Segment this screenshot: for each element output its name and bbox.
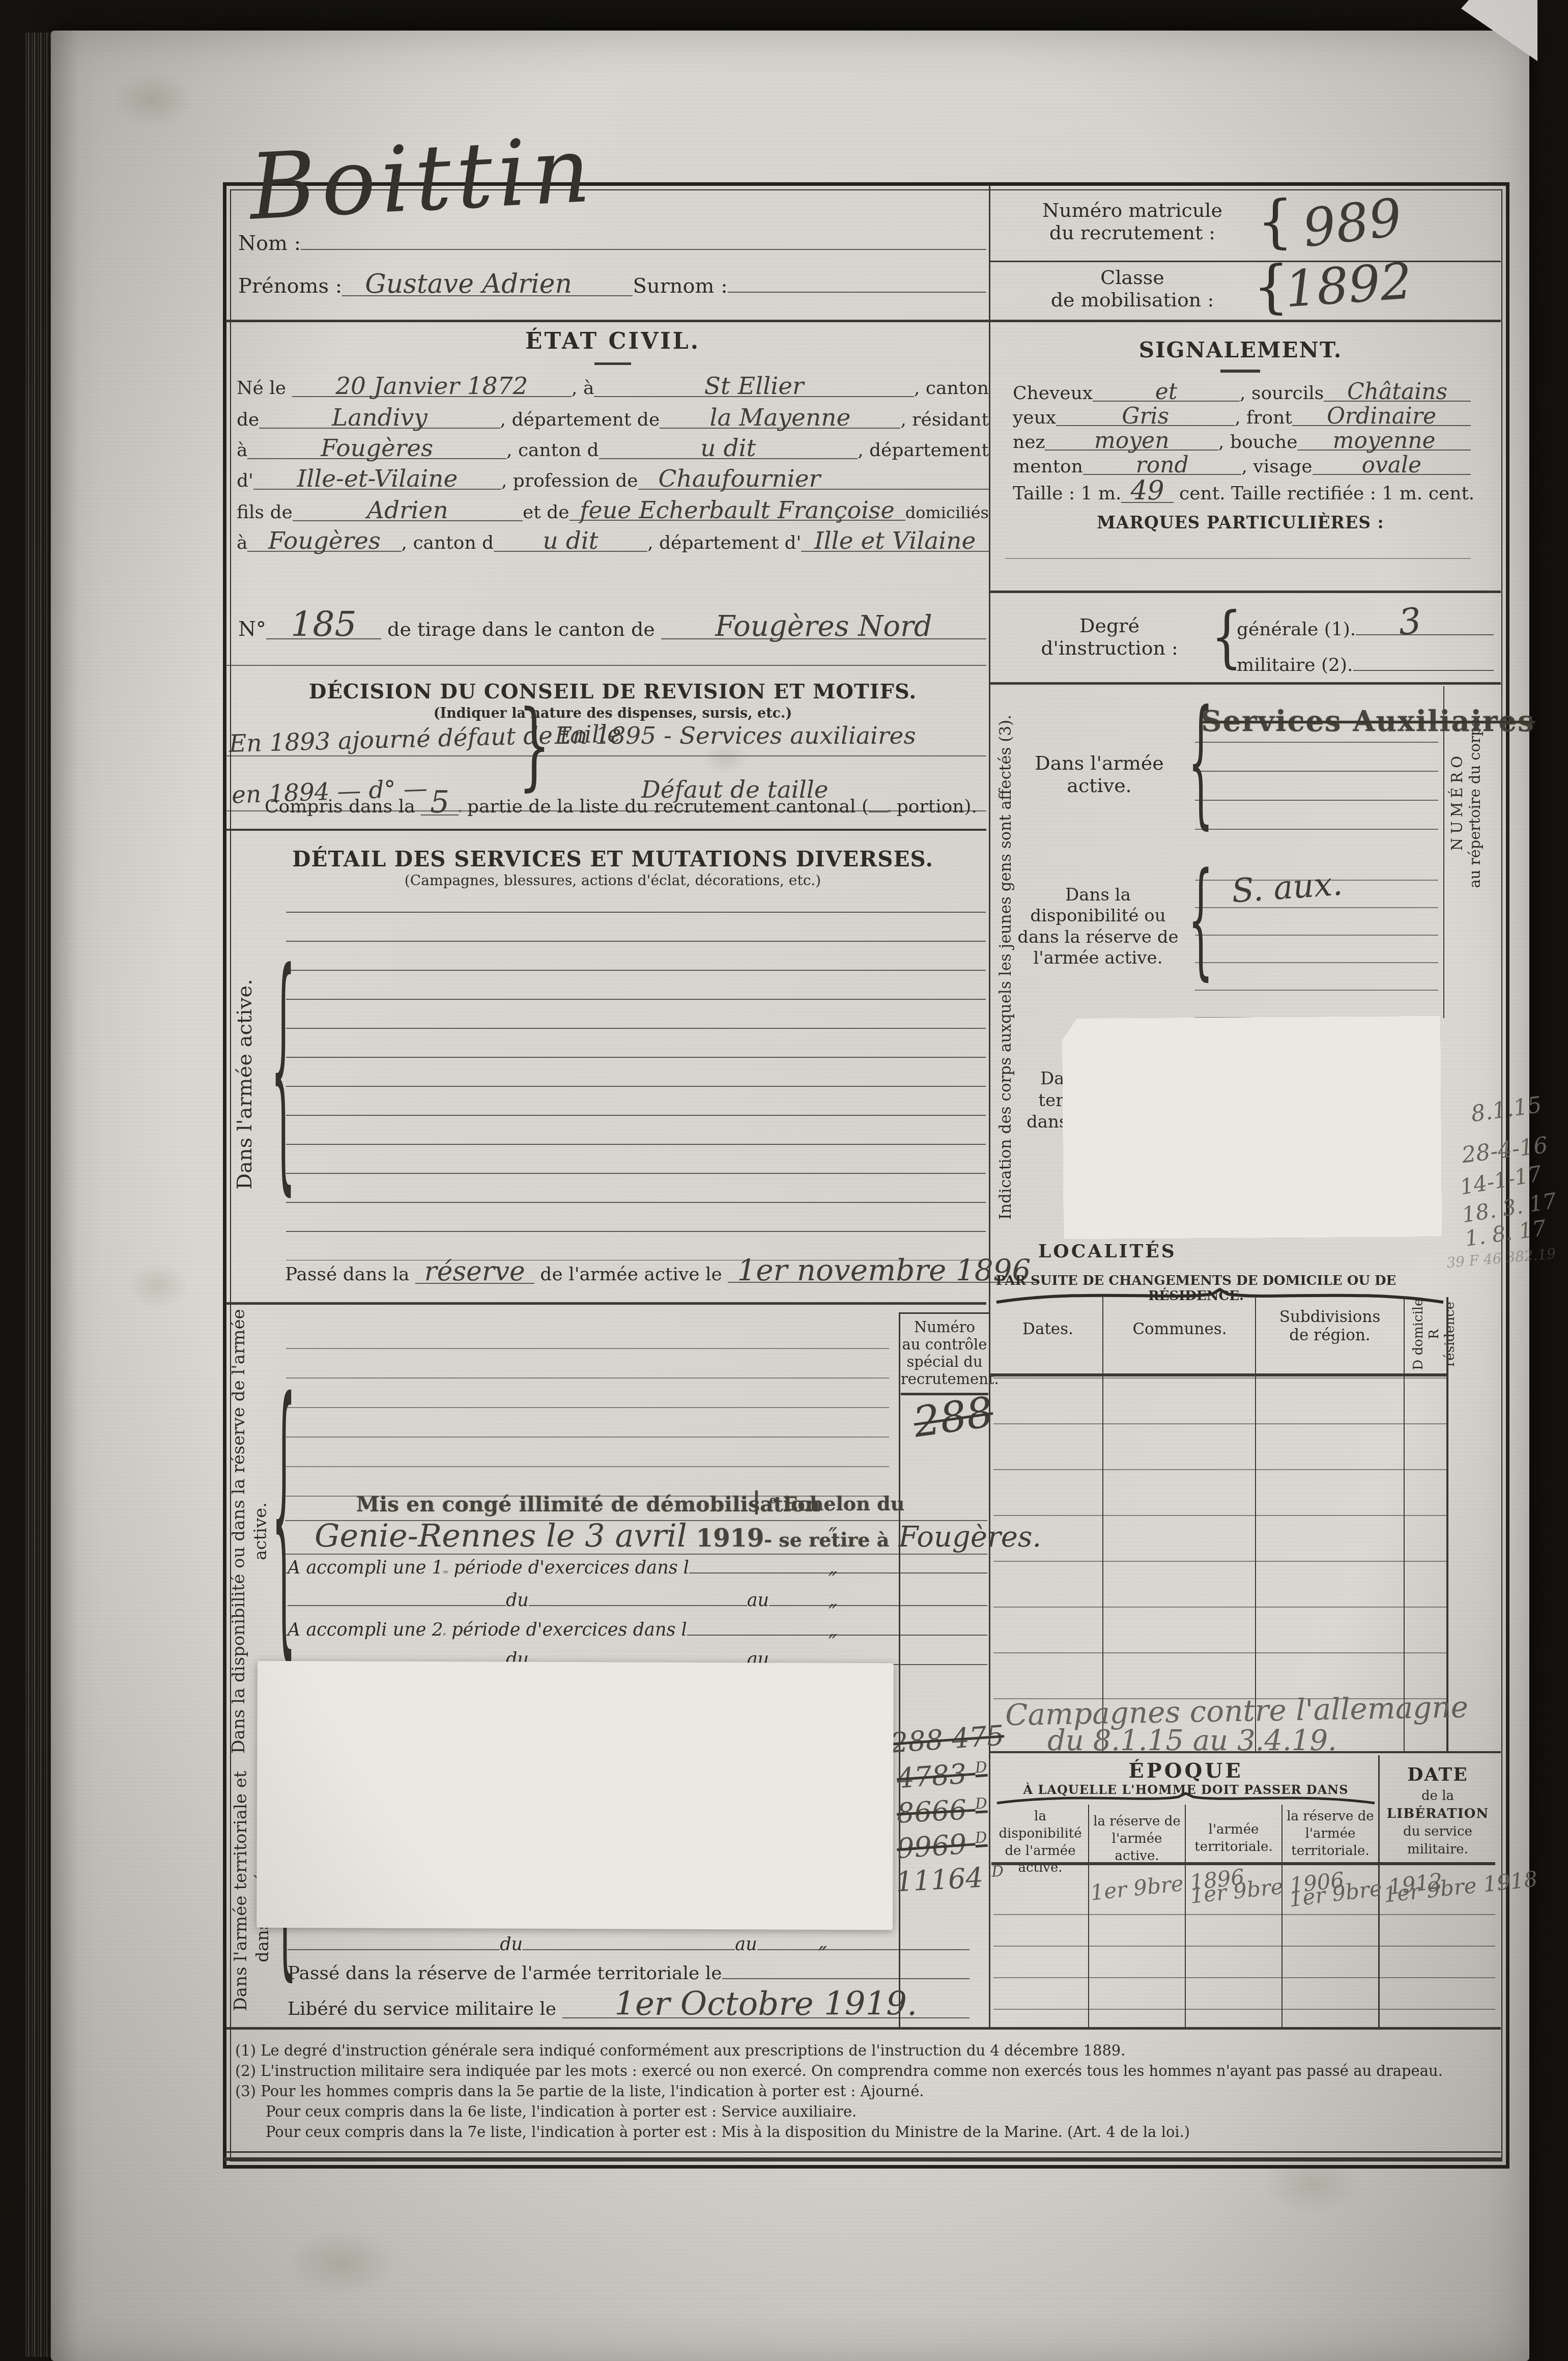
etat-line-4: d' Ille-et-Vilaine , profession de Chauf… <box>237 469 989 491</box>
sig-row-2: yeux Gris , front Ordinaire <box>1013 407 1471 428</box>
etat-birthplace: St Ellier <box>594 377 914 397</box>
localites-brace <box>993 1287 1446 1305</box>
corps-dispo-label: Dans la disponibilité ou dans la réserve… <box>1015 885 1181 969</box>
decision-subtitle: (Indiquer la nature des dispenses, sursi… <box>237 706 989 721</box>
localites-title: LOCALITÉS <box>1038 1241 1177 1262</box>
etat-residence-canton: u dit <box>599 439 858 459</box>
duau1-row: du au <box>288 1590 987 1611</box>
compris-value: 5 <box>421 790 459 816</box>
sig-yeux-label: yeux <box>1013 407 1056 428</box>
ditto-mark: ″ <box>829 1525 837 1548</box>
sig-front-label: , front <box>1235 407 1292 428</box>
sig-bouche-label: , bouche <box>1218 432 1297 453</box>
matricule-brace: { <box>1257 193 1293 250</box>
decision-title: DÉCISION DU CONSEIL DE REVISION ET MOTIF… <box>237 680 989 704</box>
vlabel-indication-corps: Indication des corps auxquels les jeunes… <box>996 692 1015 1242</box>
etat-parents-departement: Ille et Vilaine <box>801 531 989 552</box>
degre-label: Degréd'instruction : <box>1015 615 1204 659</box>
footnote-2: (2) L'instruction militaire sera indiqué… <box>235 2063 1492 2079</box>
epoque-title: ÉPOQUE <box>992 1759 1379 1783</box>
etat-l1a: Né le <box>237 378 292 399</box>
nom-row: Nom : <box>238 232 986 255</box>
periode1-b: période d'exercices dans l <box>448 1558 689 1578</box>
rule-header-bottom <box>226 320 1501 322</box>
sig-cheveux-value: et <box>1093 383 1240 402</box>
compris-portion-blank <box>869 807 888 812</box>
libere-row: Libéré du service militaire le 1er Octob… <box>288 1991 970 2019</box>
duau3-blank2 <box>523 1945 735 1950</box>
controle-number-row: 8666 D <box>896 1792 988 1829</box>
passe-a: Passé dans la <box>285 1264 415 1285</box>
duau3-blank1 <box>288 1945 500 1950</box>
tirage-label: N° <box>238 617 266 641</box>
decision-line-1 <box>226 755 986 756</box>
etat-l3c: , département <box>858 440 989 461</box>
tirage-row: N° 185 de tirage dans le canton de Fougè… <box>238 611 986 641</box>
periode1-a: A accompli une 1 <box>288 1558 443 1578</box>
degre-militaire-line <box>1353 666 1494 671</box>
controle-number-row: 4783 D <box>896 1756 988 1794</box>
sig-sourcils-value: Châtains <box>1324 383 1471 402</box>
etat-l4a: d' <box>237 470 253 491</box>
degre-generale-line <box>1356 630 1494 635</box>
etat-parents-canton: u dit <box>494 531 647 552</box>
periode1-sup: re <box>443 1570 448 1575</box>
footnote-3: (3) Pour les hommes compris dans la 5e p… <box>235 2083 1492 2100</box>
matricule-label: Numéro matriculedu recrutement : <box>1010 200 1255 244</box>
periode2-b: période d'exercices dans l <box>446 1620 687 1640</box>
taille-label: Taille : 1 m. <box>1013 483 1121 504</box>
degre-generale-row: générale (1). <box>1237 619 1494 640</box>
ditto-mark: ″ <box>829 1632 837 1655</box>
echelon-stamp: e Echelon du <box>769 1493 904 1515</box>
epoque-col-2: la réserve de l'armée active. <box>1090 1813 1184 1865</box>
etat-l2b: , département de <box>500 409 660 430</box>
etat-l3a: à <box>237 440 247 461</box>
controle-value: 288 <box>911 1392 995 1444</box>
passe-terr-row: Passé dans la réserve de l'armée territo… <box>288 1963 970 1984</box>
etat-departement: la Mayenne <box>660 408 900 429</box>
compris-row: Compris dans la 5 e partie de la liste d… <box>265 790 977 817</box>
periode1-blank <box>689 1568 987 1573</box>
surnom-label: Surnom : <box>633 274 727 298</box>
footnote-1: (1) Le degré d'instruction générale sera… <box>235 2042 1492 2059</box>
pasted-paper-patch-left <box>256 1661 894 1930</box>
compris-c: portion). <box>891 796 977 817</box>
campagnes-hw-2: du 8.1.15 au 3.4.19. <box>1047 1727 1337 1755</box>
vlabel-armee-active: Dans l'armée active. <box>233 911 256 1257</box>
sig-bouche-value: moyenne <box>1297 432 1471 451</box>
sig-yeux-value: Gris <box>1056 407 1235 426</box>
epoque-brace <box>995 1792 1377 1805</box>
rule-above-detail <box>226 829 986 831</box>
rule-blank-line <box>226 665 986 666</box>
marques-blank-line <box>1005 558 1471 559</box>
marques-label: MARQUES PARTICULIÈRES : <box>1010 513 1471 532</box>
compris-a: Compris dans la <box>265 796 421 817</box>
duau1-du: du <box>506 1590 529 1611</box>
nom-value: Boittin <box>247 124 597 233</box>
footnote-4: Pour ceux compris dans la 6e liste, l'in… <box>266 2103 1492 2120</box>
sig-sourcils-label: , sourcils <box>1240 383 1324 404</box>
etat-mother: feue Echerbault Françoise <box>569 501 905 521</box>
controle-box-line <box>899 1312 900 2027</box>
taille-rect-label: cent. Taille rectifiée : 1 m. <box>1174 483 1423 504</box>
duau3-du: du <box>500 1934 523 1955</box>
rule-degre-bottom <box>990 682 1501 685</box>
periode2-a: A accompli une 2 <box>288 1620 443 1640</box>
prenoms-label: Prénoms : <box>238 274 342 298</box>
signalement-dash <box>1220 370 1260 373</box>
epq-header-rule <box>991 1862 1495 1865</box>
sig-row-1: Cheveux et , sourcils Châtains <box>1013 383 1471 404</box>
decision-brace: } <box>519 697 551 793</box>
etat-civil-dash <box>594 362 631 365</box>
sig-menton-label: menton <box>1013 456 1083 477</box>
etat-l6b: , canton d <box>402 532 494 553</box>
taille-cent-label: cent. <box>1422 483 1474 504</box>
epq-row-lines <box>993 1884 1495 2027</box>
periode2-row: A accompli une 2e période d'exercices da… <box>288 1620 987 1640</box>
rule-footnotes-top <box>226 2027 1501 2030</box>
corps-active-lines <box>1195 714 1438 836</box>
etat-residence: Fougères <box>247 439 506 459</box>
passe-terr-label: Passé dans la réserve de l'armée territo… <box>288 1963 722 1984</box>
passe-b: de l'armée active le <box>534 1264 728 1285</box>
sec2-lines <box>286 1319 889 1497</box>
controle-label: Numéroau contrôlespécial durecrutement. <box>901 1318 988 1388</box>
etat-l3b: , canton d <box>506 440 599 461</box>
passe-value: réserve <box>415 1261 534 1284</box>
epoque-date-header: DATE de la LIBÉRATION du service militai… <box>1380 1762 1495 1859</box>
controle-number-row: 11164 D <box>895 1860 1005 1898</box>
degre-generale-value: 3 <box>1397 603 1422 640</box>
sig-nez-label: nez <box>1013 432 1045 453</box>
sig-row-4: menton rond , visage ovale <box>1013 456 1471 477</box>
etat-line-6: à Fougères , canton d u dit , départemen… <box>237 531 989 553</box>
libere-label: Libéré du service militaire le <box>288 1999 562 2019</box>
epoque-col-3: l'armée territoriale. <box>1187 1821 1280 1856</box>
etat-line-5: fils de Adrien et de feue Echerbault Fra… <box>237 501 989 523</box>
corps-active-label: Dans l'armée active. <box>1018 752 1181 797</box>
controle-number-row: 9969 D <box>896 1826 988 1865</box>
decision-hw-3: En 1895 - Services auxiliaires <box>555 724 916 748</box>
etat-l1b: , à <box>572 378 594 399</box>
rule-signalement-bottom <box>990 591 1501 593</box>
libere-date: 1er Octobre 1919. <box>562 1991 970 2018</box>
sig-cheveux-label: Cheveux <box>1013 383 1093 404</box>
compris-b: partie de la liste du recrutement canton… <box>461 796 868 817</box>
prenoms-row: Prénoms : Gustave Adrien Surnom : <box>238 274 986 298</box>
etat-father: Adrien <box>293 501 523 521</box>
duau3-au: au <box>735 1934 757 1955</box>
etat-line-1: Né le 20 Janvier 1872 , à St Ellier , ca… <box>237 377 989 399</box>
epoque-col-1: la disponibilité de l'armée active. <box>993 1808 1087 1877</box>
etat-l2c: , résidant <box>900 409 989 430</box>
demob-hw-unit: Genie-Rennes le 3 avril <box>305 1523 696 1549</box>
etat-line-3: à Fougères , canton d u dit , départemen… <box>237 439 989 461</box>
tirage-number: 185 <box>266 611 381 639</box>
pasted-paper-patch-right <box>1062 1016 1442 1239</box>
etat-canton: Landivy <box>259 408 500 429</box>
rule-matricule <box>990 261 1501 262</box>
etat-l6a: à <box>237 532 247 553</box>
etat-l6c: , département d' <box>647 532 801 553</box>
duau1-blank3 <box>769 1601 987 1606</box>
passe-reserve-row: Passé dans la réserve de l'armée active … <box>285 1258 987 1285</box>
duau1-au: au <box>747 1590 769 1611</box>
surnom-line <box>728 288 986 293</box>
etat-line-2: de Landivy , département de la Mayenne ,… <box>237 408 989 430</box>
epoque-col-4: la réserve de l'armée territoriale. <box>1284 1808 1377 1860</box>
demob-tick: | <box>752 1487 761 1514</box>
classe-label: Classede mobilisation : <box>1010 267 1255 311</box>
classe-value: 1892 <box>1284 256 1414 315</box>
detail-title: DÉTAIL DES SERVICES ET MUTATIONS DIVERSE… <box>237 847 989 872</box>
taille-value: 49 <box>1121 481 1173 503</box>
rule-bottom-thin <box>226 2151 1501 2153</box>
tirage-text: de tirage dans le canton de <box>381 618 661 640</box>
corps-dispo-value: S. aux. <box>1231 867 1344 908</box>
etat-l5c: domiciliés <box>905 503 989 522</box>
etat-l5b: et de <box>523 502 569 523</box>
tirage-canton: Fougères Nord <box>661 615 986 639</box>
sig-front-value: Ordinaire <box>1292 407 1471 426</box>
etat-l2a: de <box>237 409 259 430</box>
sig-nez-value: moyen <box>1045 432 1218 451</box>
etat-l1c: , canton <box>914 378 989 399</box>
ditto-mark: ″ <box>829 1601 837 1625</box>
etat-profession: Chaufournier <box>638 469 989 490</box>
degre-militaire-label: militaire (2). <box>1237 655 1353 676</box>
demob-stamp: Mis en congé illimité de démobilisation <box>356 1493 820 1516</box>
duau1-blank1 <box>288 1601 506 1606</box>
matricule-value: 989 <box>1300 192 1405 256</box>
duau3-row: du au <box>288 1934 970 1955</box>
rule-passe-reserve <box>226 1302 986 1305</box>
periode1-row: A accompli une 1re période d'exercices d… <box>288 1558 987 1578</box>
etat-residence-departement: Ille-et-Vilaine <box>253 469 501 490</box>
ditto-mark: ″ <box>829 1569 837 1592</box>
degre-militaire-row: militaire (2). <box>1237 655 1494 676</box>
sig-visage-label: , visage <box>1241 456 1312 477</box>
scanned-register-page: Nom : Boittin Prénoms : Gustave Adrien S… <box>0 0 1568 2361</box>
nom-line <box>301 245 986 250</box>
sig-menton-value: rond <box>1083 456 1242 475</box>
etat-civil-title: ÉTAT CIVIL. <box>237 329 989 355</box>
etat-l4b: , profession de <box>501 470 638 491</box>
sig-taille-row: Taille : 1 m. 49 cent. Taille rectifiée … <box>1013 481 1471 504</box>
duau3-blank3 <box>757 1945 970 1950</box>
sig-row-3: nez moyen , bouche moyenne <box>1013 432 1471 453</box>
sig-visage-value: ovale <box>1313 456 1471 475</box>
loc-row-lines <box>993 1333 1447 1701</box>
footnote-5: Pour ceux compris dans la 7e liste, l'in… <box>266 2124 1492 2141</box>
etat-birthdate: 20 Janvier 1872 <box>292 377 572 397</box>
degre-generale-label: générale (1). <box>1237 619 1356 640</box>
rule-bottom-heavy <box>224 2157 1502 2161</box>
prenoms-value: Gustave Adrien <box>342 274 633 296</box>
demob-stamp-retire: - se retire à <box>764 1528 889 1551</box>
etat-parents-domicile: Fougères <box>247 531 401 552</box>
demob-hw-row: Genie-Rennes le 3 avril 1919 - se retire… <box>305 1523 1050 1553</box>
controle-box-top <box>899 1312 990 1314</box>
passe-terr-blank <box>722 1974 970 1979</box>
duau1-blank2 <box>529 1601 747 1606</box>
service-lines <box>286 884 986 1260</box>
demob-stamp-year: 1919 <box>696 1524 764 1553</box>
etat-l5a: fils de <box>237 502 293 523</box>
passe-date: 1er novembre 1896 <box>728 1258 1040 1283</box>
signalement-title: SIGNALEMENT. <box>1010 338 1471 362</box>
